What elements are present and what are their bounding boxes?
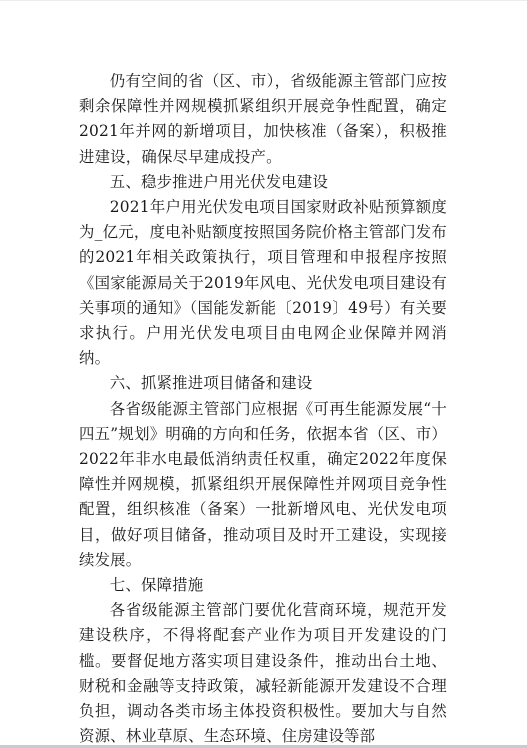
paragraph-safeguard-measures: 各省级能源主管部门要优化营商环境，规范开发建设秩序，不得将配套产业作为项目开发建…: [79, 598, 447, 748]
section-heading-7: 七、保障措施: [79, 573, 447, 598]
section-heading-5: 五、稳步推进户用光伏发电建设: [79, 170, 447, 195]
section-heading-6: 六、抓紧推进项目储备和建设: [79, 371, 447, 396]
paragraph-household-pv: 2021年户用光伏发电项目国家财政补贴预算额度为_亿元，度电补贴额度按照国务院价…: [79, 195, 447, 371]
paragraph-remaining-capacity: 仍有空间的省（区、市），省级能源主管部门应按剩余保障性并网规模抓紧组织开展竞争性…: [79, 69, 447, 170]
document-page: 仍有空间的省（区、市），省级能源主管部门应按剩余保障性并网规模抓紧组织开展竞争性…: [0, 0, 527, 745]
document-body: 仍有空间的省（区、市），省级能源主管部门应按剩余保障性并网规模抓紧组织开展竞争性…: [79, 69, 447, 748]
page-number: 3: [0, 685, 527, 696]
paragraph-project-reserve: 各省级能源主管部门应根据《可再生能源发展“十四五”规划》明确的方向和任务，依据本…: [79, 397, 447, 573]
